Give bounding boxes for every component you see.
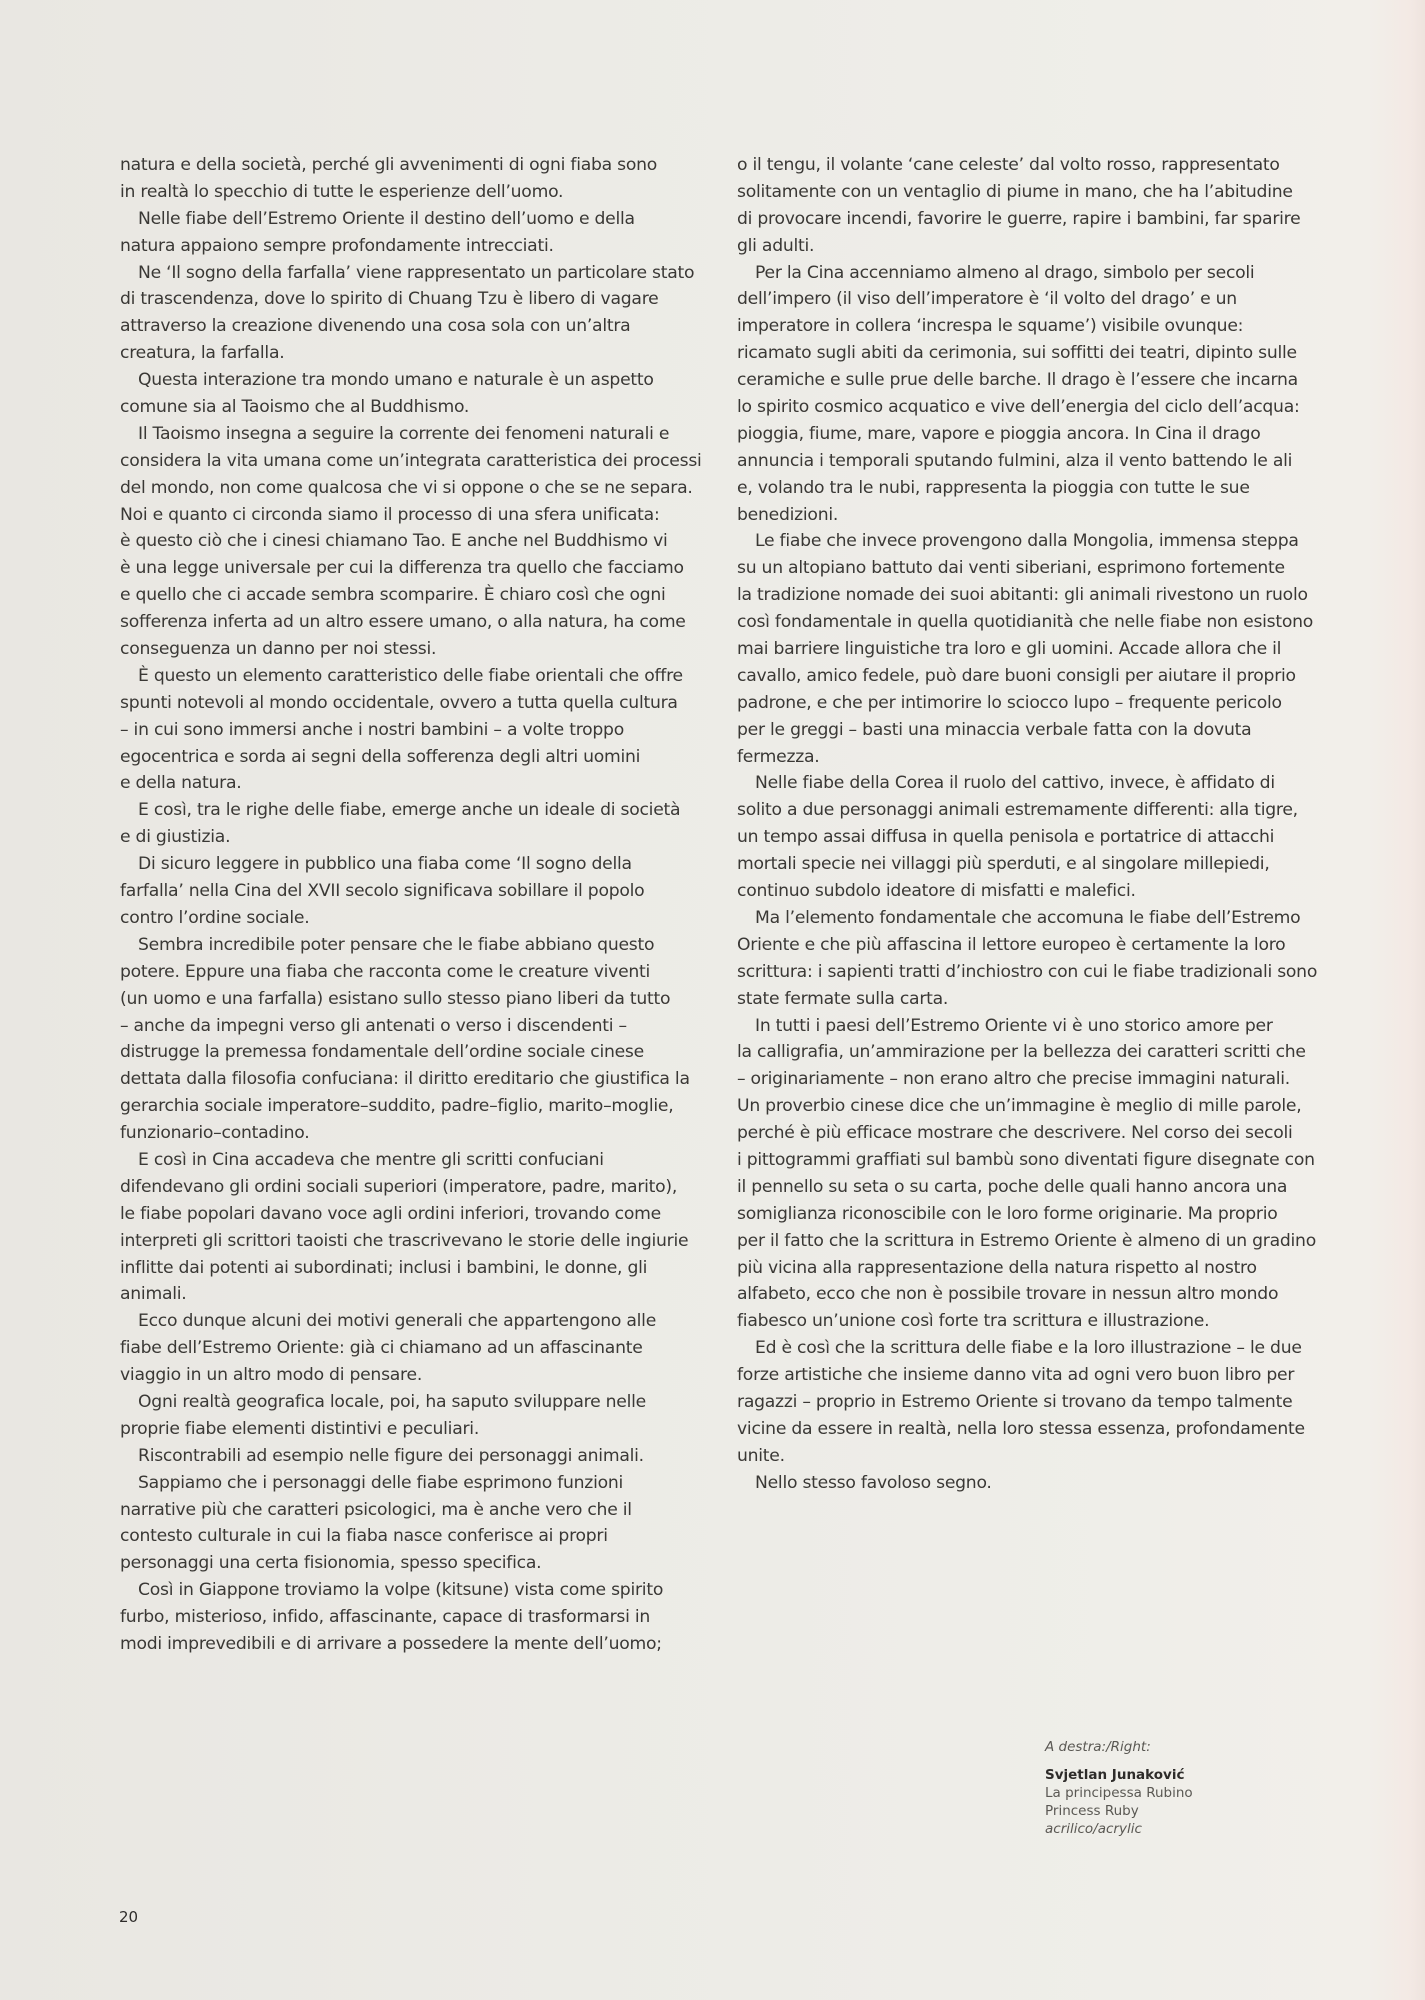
text-line: di provocare incendi, favorire le guerre…	[737, 206, 1317, 233]
text-line: e, volando tra le nubi, rappresenta la p…	[737, 475, 1317, 502]
text-line: contro l’ordine sociale.	[120, 905, 680, 932]
text-line: imperatore in collera ‘increspa le squam…	[737, 313, 1317, 340]
text-line: in realtà lo specchio di tutte le esperi…	[120, 179, 680, 206]
text-line: gli adulti.	[737, 233, 1317, 260]
text-line: Nelle fiabe della Corea il ruolo del cat…	[737, 770, 1317, 797]
text-line: o il tengu, il volante ‘cane celeste’ da…	[737, 152, 1317, 179]
text-line: per il fatto che la scrittura in Estremo…	[737, 1228, 1317, 1255]
text-line: ricamato sugli abiti da cerimonia, sui s…	[737, 340, 1317, 367]
text-line: e della natura.	[120, 770, 680, 797]
text-line: Di sicuro leggere in pubblico una fiaba …	[120, 851, 680, 878]
text-line: Ogni realtà geografica locale, poi, ha s…	[120, 1389, 680, 1416]
text-line: E così in Cina accadeva che mentre gli s…	[120, 1147, 680, 1174]
text-line: la tradizione nomade dei suoi abitanti: …	[737, 582, 1317, 609]
text-line: È questo un elemento caratteristico dell…	[120, 663, 680, 690]
text-line: più vicina alla rappresentazione della n…	[737, 1255, 1317, 1282]
text-line: fermezza.	[737, 744, 1317, 771]
text-line: difendevano gli ordini sociali superiori…	[120, 1174, 680, 1201]
text-line: inflitte dai potenti ai subordinati; inc…	[120, 1255, 680, 1282]
text-line: ceramiche e sulle prue delle barche. Il …	[737, 367, 1317, 394]
text-line: – in cui sono immersi anche i nostri bam…	[120, 717, 680, 744]
text-line: – anche da impegni verso gli antenati o …	[120, 1013, 680, 1040]
text-line: ragazzi – proprio in Estremo Oriente si …	[737, 1389, 1317, 1416]
text-line: solitamente con un ventaglio di piume in…	[737, 179, 1317, 206]
text-line: E così, tra le righe delle fiabe, emerge…	[120, 797, 680, 824]
text-line: mai barriere linguistiche tra loro e gli…	[737, 636, 1317, 663]
text-line: pioggia, fiume, mare, vapore e pioggia a…	[737, 421, 1317, 448]
text-line: annuncia i temporali sputando fulmini, a…	[737, 448, 1317, 475]
text-line: Così in Giappone troviamo la volpe (kits…	[120, 1577, 680, 1604]
text-line: dell’impero (il viso dell’imperatore è ‘…	[737, 286, 1317, 313]
text-line: comune sia al Taoismo che al Buddhismo.	[120, 394, 680, 421]
caption-artist: Svjetlan Junaković	[1045, 1766, 1193, 1784]
text-line: Ma l’elemento fondamentale che accomuna …	[737, 905, 1317, 932]
caption-title-italian: La principessa Rubino	[1045, 1784, 1193, 1802]
text-line: perché è più efficace mostrare che descr…	[737, 1120, 1317, 1147]
text-line: personaggi una certa fisionomia, spesso …	[120, 1550, 680, 1577]
text-line: Ne ‘Il sogno della farfalla’ viene rappr…	[120, 260, 680, 287]
text-line: natura e della società, perché gli avven…	[120, 152, 680, 179]
text-line: somiglianza riconoscibile con le loro fo…	[737, 1201, 1317, 1228]
text-line: creatura, la farfalla.	[120, 340, 680, 367]
text-line: mortali specie nei villaggi più sperduti…	[737, 851, 1317, 878]
text-line: modi imprevedibili e di arrivare a posse…	[120, 1631, 680, 1658]
text-line: Nello stesso favoloso segno.	[737, 1470, 1317, 1497]
text-line: su un altopiano battuto dai venti siberi…	[737, 555, 1317, 582]
text-line: e quello che ci accade sembra scomparire…	[120, 582, 680, 609]
text-line: del mondo, non come qualcosa che vi si o…	[120, 475, 680, 502]
text-line: Questa interazione tra mondo umano e nat…	[120, 367, 680, 394]
text-line: egocentrica e sorda ai segni della soffe…	[120, 744, 680, 771]
text-line: Le fiabe che invece provengono dalla Mon…	[737, 528, 1317, 555]
text-line: farfalla’ nella Cina del XVII secolo sig…	[120, 878, 680, 905]
text-line: scrittura: i sapienti tratti d’inchiostr…	[737, 959, 1317, 986]
caption-intro: A destra:/Right:	[1045, 1738, 1193, 1756]
text-line: solito a due personaggi animali estremam…	[737, 797, 1317, 824]
text-line: Oriente e che più affascina il lettore e…	[737, 932, 1317, 959]
text-line: interpreti gli scrittori taoisti che tra…	[120, 1228, 680, 1255]
text-line: così fondamentale in quella quotidianità…	[737, 609, 1317, 636]
text-line: Noi e quanto ci circonda siamo il proces…	[120, 502, 680, 529]
text-line: la calligrafia, un’ammirazione per la be…	[737, 1039, 1317, 1066]
text-line: contesto culturale in cui la fiaba nasce…	[120, 1523, 680, 1550]
text-line: e di giustizia.	[120, 824, 680, 851]
caption-title-english: Princess Ruby	[1045, 1802, 1193, 1820]
text-line: lo spirito cosmico acquatico e vive dell…	[737, 394, 1317, 421]
text-line: sofferenza inferta ad un altro essere um…	[120, 609, 680, 636]
text-line: benedizioni.	[737, 502, 1317, 529]
text-line: padrone, e che per intimorire lo sciocco…	[737, 690, 1317, 717]
text-line: considera la vita umana come un’integrat…	[120, 448, 680, 475]
text-line: Ed è così che la scrittura delle fiabe e…	[737, 1335, 1317, 1362]
text-line: Riscontrabili ad esempio nelle figure de…	[120, 1443, 680, 1470]
text-line: distrugge la premessa fondamentale dell’…	[120, 1039, 680, 1066]
text-line: continuo subdolo ideatore di misfatti e …	[737, 878, 1317, 905]
text-line: conseguenza un danno per noi stessi.	[120, 636, 680, 663]
page-number: 20	[119, 1908, 138, 1926]
text-line: proprie fiabe elementi distintivi e pecu…	[120, 1416, 680, 1443]
text-line: è una legge universale per cui la differ…	[120, 555, 680, 582]
text-line: di trascendenza, dove lo spirito di Chua…	[120, 286, 680, 313]
text-line: (un uomo e una farfalla) esistano sullo …	[120, 986, 680, 1013]
text-line: unite.	[737, 1443, 1317, 1470]
text-line: attraverso la creazione divenendo una co…	[120, 313, 680, 340]
text-line: furbo, misterioso, infido, affascinante,…	[120, 1604, 680, 1631]
text-line: un tempo assai diffusa in quella penisol…	[737, 824, 1317, 851]
text-line: – originariamente – non erano altro che …	[737, 1066, 1317, 1093]
text-line: Nelle fiabe dell’Estremo Oriente il dest…	[120, 206, 680, 233]
left-text-column: natura e della società, perché gli avven…	[120, 152, 680, 1658]
text-line: vicine da essere in realtà, nella loro s…	[737, 1416, 1317, 1443]
text-line: forze artistiche che insieme danno vita …	[737, 1362, 1317, 1389]
text-line: spunti notevoli al mondo occidentale, ov…	[120, 690, 680, 717]
text-line: fiabe dell’Estremo Oriente: già ci chiam…	[120, 1335, 680, 1362]
text-line: In tutti i paesi dell’Estremo Oriente vi…	[737, 1013, 1317, 1040]
text-line: state fermate sulla carta.	[737, 986, 1317, 1013]
text-line: dettata dalla filosofia confuciana: il d…	[120, 1066, 680, 1093]
text-line: fiabesco un’unione così forte tra scritt…	[737, 1308, 1317, 1335]
illustration-caption: A destra:/Right: Svjetlan Junaković La p…	[1045, 1738, 1193, 1838]
magazine-page: natura e della società, perché gli avven…	[0, 0, 1425, 2000]
text-line: narrative più che caratteri psicologici,…	[120, 1497, 680, 1524]
text-line: gerarchia sociale imperatore–suddito, pa…	[120, 1093, 680, 1120]
text-line: Per la Cina accenniamo almeno al drago, …	[737, 260, 1317, 287]
text-line: Sembra incredibile poter pensare che le …	[120, 932, 680, 959]
text-line: Ecco dunque alcuni dei motivi generali c…	[120, 1308, 680, 1335]
text-line: viaggio in un altro modo di pensare.	[120, 1362, 680, 1389]
text-line: il pennello su seta o su carta, poche de…	[737, 1174, 1317, 1201]
text-line: Sappiamo che i personaggi delle fiabe es…	[120, 1470, 680, 1497]
right-text-column: o il tengu, il volante ‘cane celeste’ da…	[737, 152, 1317, 1497]
text-line: Un proverbio cinese dice che un’immagine…	[737, 1093, 1317, 1120]
text-line: natura appaiono sempre profondamente int…	[120, 233, 680, 260]
text-line: per le greggi – basti una minaccia verba…	[737, 717, 1317, 744]
text-line: è questo ciò che i cinesi chiamano Tao. …	[120, 528, 680, 555]
text-line: Il Taoismo insegna a seguire la corrente…	[120, 421, 680, 448]
text-line: funzionario–contadino.	[120, 1120, 680, 1147]
text-line: cavallo, amico fedele, può dare buoni co…	[737, 663, 1317, 690]
text-line: i pittogrammi graffiati sul bambù sono d…	[737, 1147, 1317, 1174]
caption-medium: acrilico/acrylic	[1045, 1820, 1193, 1838]
text-line: animali.	[120, 1281, 680, 1308]
text-line: potere. Eppure una fiaba che racconta co…	[120, 959, 680, 986]
text-line: le fiabe popolari davano voce agli ordin…	[120, 1201, 680, 1228]
text-line: alfabeto, ecco che non è possibile trova…	[737, 1281, 1317, 1308]
